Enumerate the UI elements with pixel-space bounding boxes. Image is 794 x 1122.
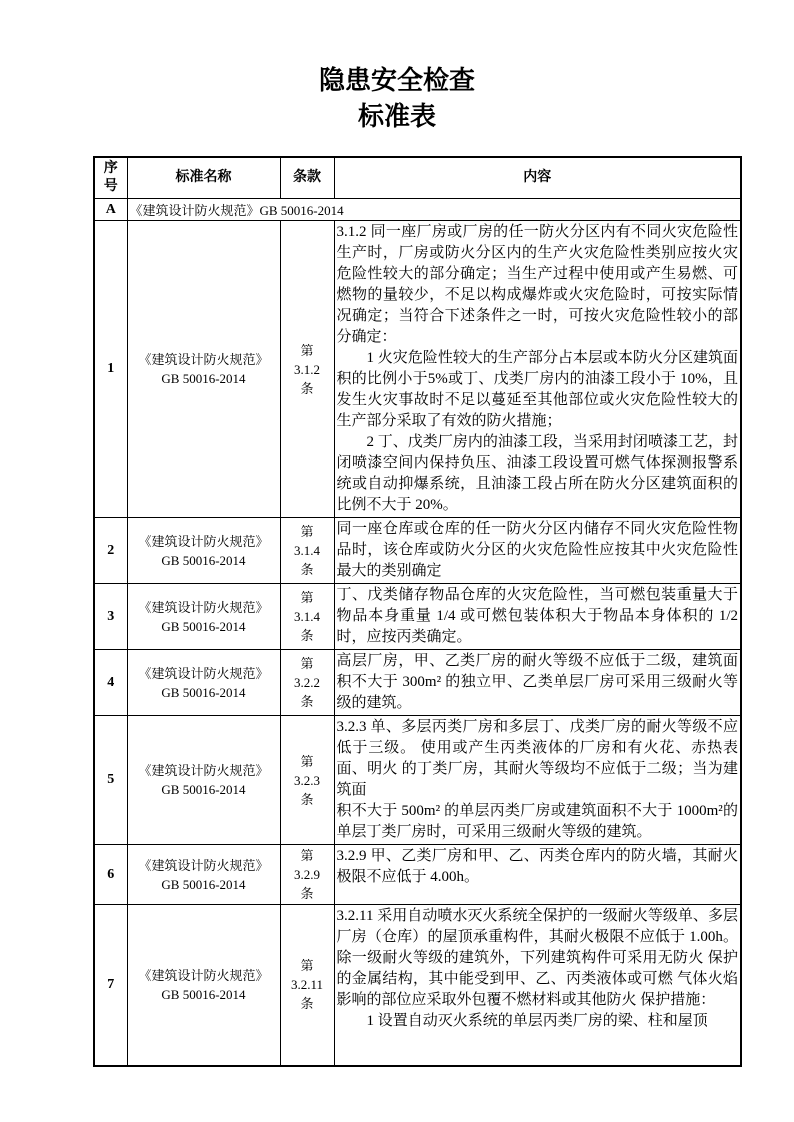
table-row: 3 《建筑设计防火规范》 GB 50016-2014 第 3.1.4 条 丁、戊… (94, 584, 741, 650)
row-content: 3.1.2 同一座厂房或厂房的任一防火分区内有不同火灾危险性生产时，厂房或防火分… (334, 221, 741, 518)
col-header-clause: 条款 (280, 157, 334, 199)
row-content: 同一座仓库或仓库的任一防火分区内储存不同火灾危险性物品时，该仓库或防火分区的火灾… (334, 518, 741, 584)
row-standard-name: 《建筑设计防火规范》 GB 50016-2014 (127, 221, 280, 518)
document-page: 隐患安全检查 标准表 序号 标准名称 条款 内容 A 《建筑设计防火规范》GB … (0, 0, 794, 1122)
table-row: 4 《建筑设计防火规范》 GB 50016-2014 第 3.2.2 条 高层厂… (94, 650, 741, 716)
row-seq: 7 (94, 905, 127, 1066)
document-title: 隐患安全检查 标准表 (0, 0, 794, 134)
row-seq: 5 (94, 716, 127, 845)
table-row: 6 《建筑设计防火规范》 GB 50016-2014 第 3.2.9 条 3.2… (94, 845, 741, 905)
row-standard-name: 《建筑设计防火规范》 GB 50016-2014 (127, 518, 280, 584)
table-row: 1 《建筑设计防火规范》 GB 50016-2014 第 3.1.2 条 3.1… (94, 221, 741, 518)
table-row: 2 《建筑设计防火规范》 GB 50016-2014 第 3.1.4 条 同一座… (94, 518, 741, 584)
section-row: A 《建筑设计防火规范》GB 50016-2014 (94, 199, 741, 221)
row-content: 3.2.3 单、多层丙类厂房和多层丁、戊类厂房的耐火等级不应低于三级。 使用或产… (334, 716, 741, 845)
row-clause: 第 3.2.2 条 (280, 650, 334, 716)
row-content: 丁、戊类储存物品仓库的火灾危险性，当可燃包装重量大于物品本身重量 1/4 或可燃… (334, 584, 741, 650)
row-standard-name: 《建筑设计防火规范》 GB 50016-2014 (127, 716, 280, 845)
row-seq: 6 (94, 845, 127, 905)
section-seq: A (94, 199, 127, 221)
row-clause: 第 3.2.9 条 (280, 845, 334, 905)
header-row: 序号 标准名称 条款 内容 (94, 157, 741, 199)
title-line-2: 标准表 (0, 98, 794, 134)
row-standard-name: 《建筑设计防火规范》 GB 50016-2014 (127, 905, 280, 1066)
row-content: 高层厂房，甲、乙类厂房的耐火等级不应低于二级，建筑面积不大于 300m² 的独立… (334, 650, 741, 716)
row-standard-name: 《建筑设计防火规范》 GB 50016-2014 (127, 650, 280, 716)
row-seq: 3 (94, 584, 127, 650)
row-clause: 第 3.2.3 条 (280, 716, 334, 845)
row-standard-name: 《建筑设计防火规范》 GB 50016-2014 (127, 845, 280, 905)
table-row: 5 《建筑设计防火规范》 GB 50016-2014 第 3.2.3 条 3.2… (94, 716, 741, 845)
row-clause: 第 3.2.11 条 (280, 905, 334, 1066)
col-header-standard-name: 标准名称 (127, 157, 280, 199)
row-content: 3.2.11 采用自动喷水灭火系统全保护的一级耐火等级单、多层厂房（仓库）的屋顶… (334, 905, 741, 1066)
row-clause: 第 3.1.4 条 (280, 518, 334, 584)
standards-table: 序号 标准名称 条款 内容 A 《建筑设计防火规范》GB 50016-2014 … (93, 156, 742, 1067)
row-content: 3.2.9 甲、乙类厂房和甲、乙、丙类仓库内的防火墙，其耐火极限不应低于 4.0… (334, 845, 741, 905)
col-header-content: 内容 (334, 157, 741, 199)
row-seq: 2 (94, 518, 127, 584)
row-seq: 4 (94, 650, 127, 716)
row-clause: 第 3.1.4 条 (280, 584, 334, 650)
table-row: 7 《建筑设计防火规范》 GB 50016-2014 第 3.2.11 条 3.… (94, 905, 741, 1066)
section-title: 《建筑设计防火规范》GB 50016-2014 (127, 199, 741, 221)
row-standard-name: 《建筑设计防火规范》 GB 50016-2014 (127, 584, 280, 650)
title-line-1: 隐患安全检查 (0, 62, 794, 98)
row-clause: 第 3.1.2 条 (280, 221, 334, 518)
col-header-seq: 序号 (94, 157, 127, 199)
row-seq: 1 (94, 221, 127, 518)
